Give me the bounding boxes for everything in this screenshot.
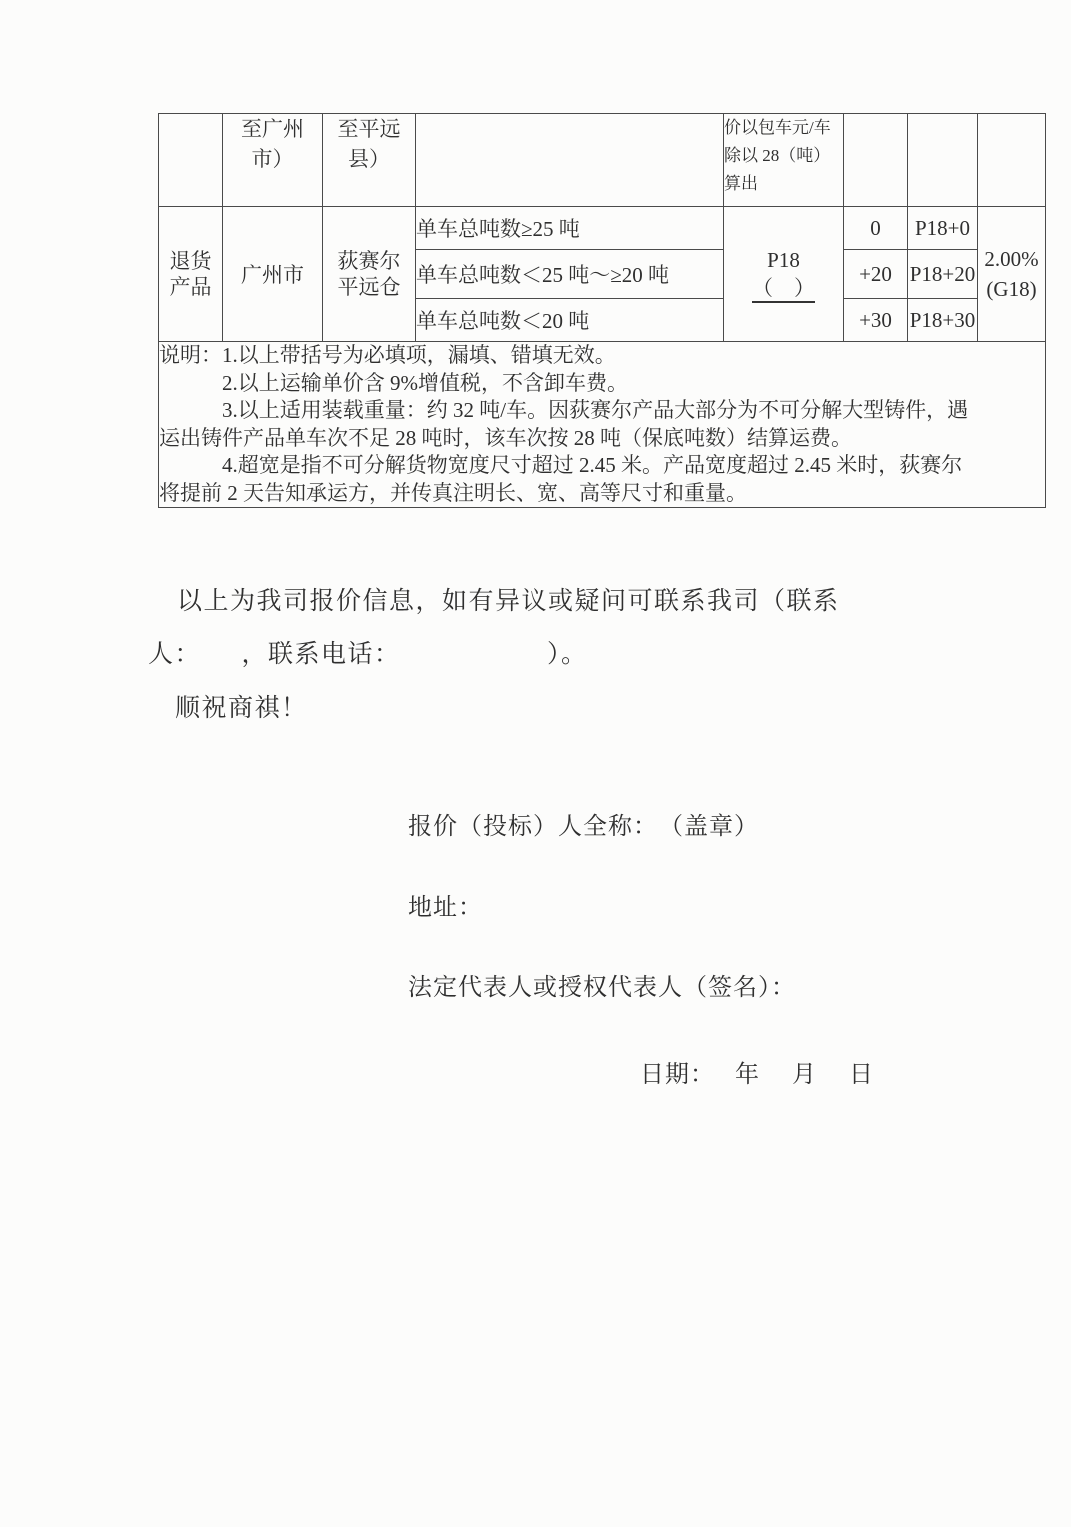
document-page: 至广州 市） 至平远 县） 价以包车元/车 除以 28（吨） 算出 退货 产品 …: [0, 0, 1071, 1527]
table-header-row: 至广州 市） 至平远 县） 价以包车元/车 除以 28（吨） 算出: [159, 114, 1046, 207]
tier-adjust-1: 0: [844, 207, 908, 250]
tier-condition-1: 单车总吨数≥25 吨: [416, 207, 724, 250]
tier-adjust-3: +30: [844, 299, 908, 342]
tier-formula-2: P18+20: [908, 250, 978, 299]
quote-paragraph-line-2: 人： ，联系电话： ）。: [148, 634, 588, 670]
header-to-guangzhou-cell: 至广州 市）: [223, 114, 323, 207]
rate-cell: 2.00% (G18): [978, 207, 1046, 342]
tier-condition-2: 单车总吨数＜25 吨～≥20 吨: [416, 250, 724, 299]
fill-in-blank: （ ）: [752, 275, 815, 303]
notes-row: 说明：1.以上带括号为必填项，漏填、错填无效。 2.以上运输单价含 9%增值税，…: [159, 342, 1046, 508]
header-formula-cell: [908, 114, 978, 207]
header-adjust-cell: [844, 114, 908, 207]
category-cell: 退货 产品: [159, 207, 223, 342]
header-condition-cell: [416, 114, 724, 207]
notes-cell: 说明：1.以上带括号为必填项，漏填、错填无效。 2.以上运输单价含 9%增值税，…: [159, 342, 1046, 508]
base-price-cell: P18 （ ）: [724, 207, 844, 342]
representative-signature-line: 法定代表人或授权代表人（签名）：: [408, 967, 796, 1002]
freight-quote-table: 至广州 市） 至平远 县） 价以包车元/车 除以 28（吨） 算出 退货 产品 …: [158, 113, 1046, 508]
tier-formula-1: P18+0: [908, 207, 978, 250]
header-price-note-cell: 价以包车元/车 除以 28（吨） 算出: [724, 114, 844, 207]
tier-formula-3: P18+30: [908, 299, 978, 342]
header-rate-cell: [978, 114, 1046, 207]
quote-paragraph-line-1: 以上为我司报价信息，如有异议或疑问可联系我司（联系: [177, 581, 840, 617]
warehouse-cell: 荻赛尔 平远仓: [323, 207, 416, 342]
base-price-value: P18: [767, 248, 800, 272]
header-to-pingyuan-cell: 至平远 县）: [323, 114, 416, 207]
tier-condition-3: 单车总吨数＜20 吨: [416, 299, 724, 342]
closing-greeting: 顺祝商祺！: [175, 688, 308, 724]
tier-adjust-2: +20: [844, 250, 908, 299]
date-line: 日期： 年 月 日: [640, 1054, 874, 1089]
header-category-cell: [159, 114, 223, 207]
tier-row-1: 退货 产品 广州市 荻赛尔 平远仓 单车总吨数≥25 吨 P18 （ ） 0 P…: [159, 207, 1046, 250]
address-line: 地址：: [408, 887, 483, 922]
bidder-name-line: 报价（投标）人全称： （盖章）: [408, 806, 759, 841]
city-cell: 广州市: [223, 207, 323, 342]
